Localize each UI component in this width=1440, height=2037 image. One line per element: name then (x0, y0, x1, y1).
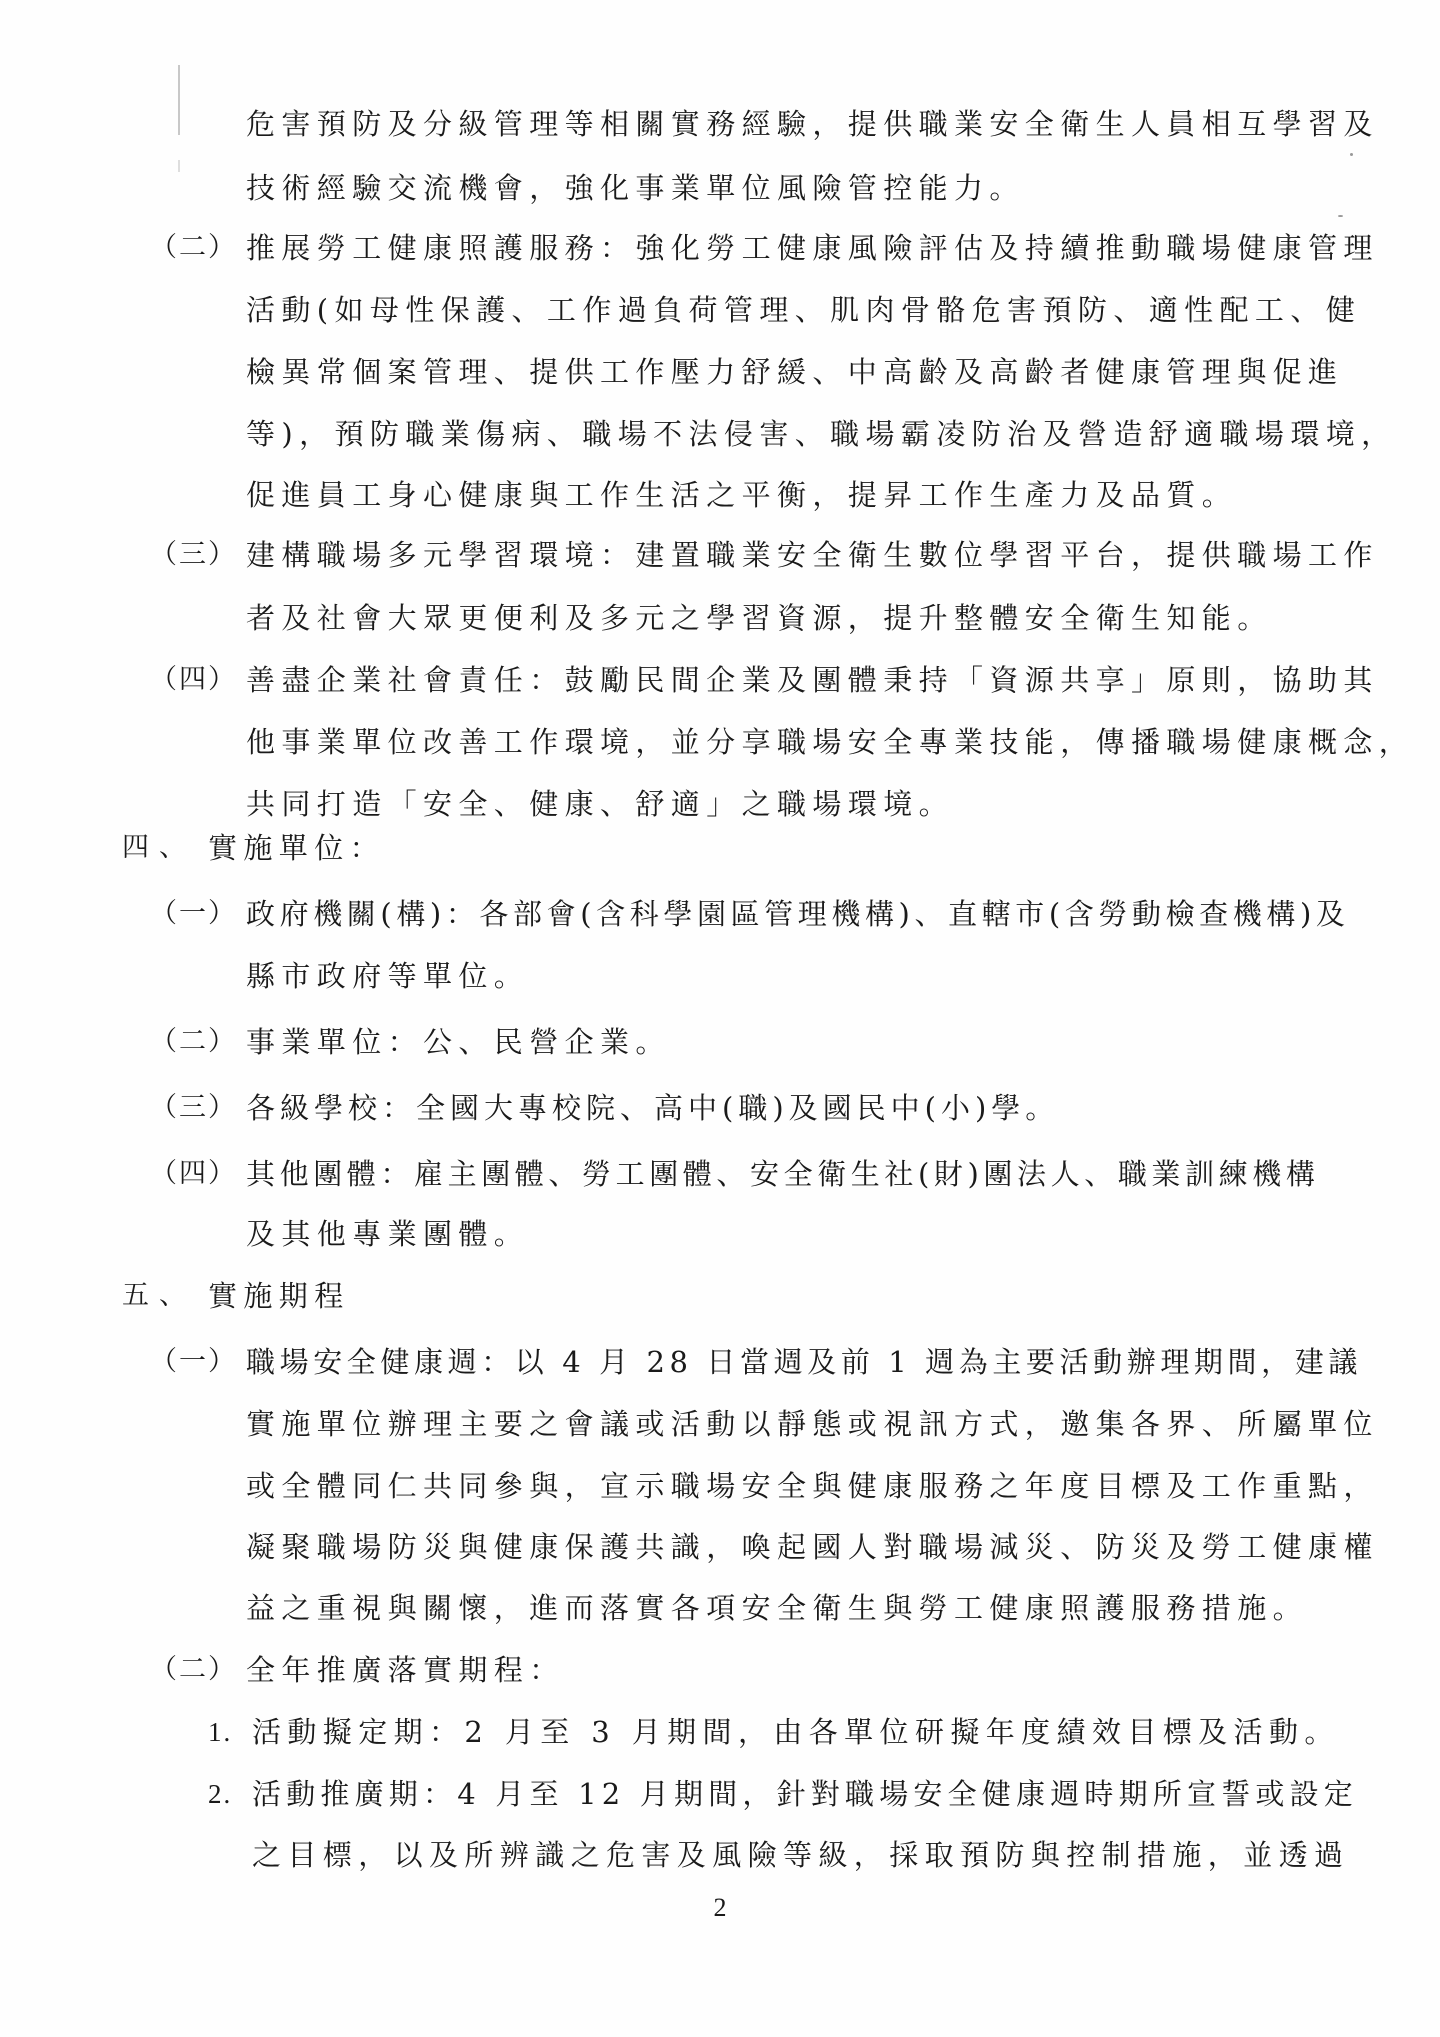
scan-artifact-mark (178, 160, 180, 172)
item-line: 政府機關(構)：各部會(含科學園區管理機構)、直轄市(含勞動檢查機構)及 (246, 894, 1350, 934)
item-marker: （四） (150, 660, 237, 700)
item-marker: （三） (150, 535, 237, 575)
item-line: 縣市政府等單位。 (246, 956, 529, 996)
item-line: 實施單位辦理主要之會議或活動以靜態或視訊方式，邀集各界、所屬單位 (246, 1404, 1379, 1444)
item-line: 善盡企業社會責任：鼓勵民間企業及團體秉持「資源共享」原則，協助其 (246, 660, 1379, 700)
item-marker: （二） (150, 1650, 237, 1690)
item-line: 職場安全健康週：以 4 月 28 日當週及前 1 週為主要活動辦理期間，建議 (246, 1342, 1362, 1382)
section-heading: 實施單位： (208, 828, 385, 868)
item-marker: （二） (150, 228, 237, 268)
item-line: 活動(如母性保護、工作過負荷管理、肌肉骨骼危害預防、適性配工、健 (246, 290, 1361, 330)
item-line: 全年推廣落實期程： (246, 1650, 565, 1690)
section-marker: 五、 (122, 1276, 196, 1316)
scan-speck (1350, 153, 1353, 156)
item-line: 共同打造「安全、健康、舒適」之職場環境。 (246, 784, 954, 824)
item-line: 各級學校：全國大專校院、高中(職)及國民中(小)學。 (246, 1088, 1059, 1128)
item-line: 推展勞工健康照護服務：強化勞工健康風險評估及持續推動職場健康管理 (246, 228, 1379, 268)
item-line: 益之重視與關懷，進而落實各項安全衛生與勞工健康照護服務措施。 (246, 1588, 1308, 1628)
item-line: 事業單位：公、民營企業。 (246, 1022, 671, 1062)
item-line: 檢異常個案管理、提供工作壓力舒緩、中高齡及高齡者健康管理與促進 (246, 352, 1343, 392)
item-marker: （一） (150, 894, 237, 934)
scan-artifact-mark (178, 65, 180, 135)
item-line: 他事業單位改善工作環境，並分享職場安全專業技能，傳播職場健康概念， (246, 722, 1414, 762)
paragraph-line: 技術經驗交流機會，強化事業單位風險管控能力。 (246, 168, 1025, 208)
subitem-line: 活動推廣期：4 月至 12 月期間，針對職場安全健康週時期所宣誓或設定 (252, 1774, 1358, 1814)
item-line: 等)，預防職業傷病、職場不法侵害、職場霸凌防治及營造舒適職場環境， (246, 414, 1397, 454)
item-line: 建構職場多元學習環境：建置職業安全衛生數位學習平台，提供職場工作 (246, 535, 1379, 575)
item-line: 或全體同仁共同參與，宣示職場安全與健康服務之年度目標及工作重點， (246, 1466, 1379, 1506)
subitem-line: 活動擬定期：2 月至 3 月期間，由各單位研擬年度績效目標及活動。 (252, 1712, 1340, 1752)
paragraph-line: 危害預防及分級管理等相關實務經驗，提供職業安全衛生人員相互學習及 (246, 104, 1379, 144)
item-marker: （四） (150, 1154, 237, 1194)
item-marker: （三） (150, 1088, 237, 1128)
item-marker: （二） (150, 1022, 237, 1062)
section-heading: 實施期程 (208, 1276, 350, 1316)
subitem-line: 之目標，以及所辨識之危害及風險等級，採取預防與控制措施，並透過 (252, 1835, 1349, 1875)
item-line: 其他團體：雇主團體、勞工團體、安全衛生社(財)團法人、職業訓練機構 (246, 1154, 1319, 1194)
section-marker: 四、 (122, 828, 196, 868)
item-line: 促進員工身心健康與工作生活之平衡，提昇工作生產力及品質。 (246, 475, 1237, 515)
scan-speck (1338, 215, 1343, 217)
document-page: 危害預防及分級管理等相關實務經驗，提供職業安全衛生人員相互學習及 技術經驗交流機… (0, 0, 1440, 2037)
item-line: 者及社會大眾更便利及多元之學習資源，提升整體安全衛生知能。 (246, 598, 1273, 638)
item-line: 凝聚職場防災與健康保護共識，喚起國人對職場減災、防災及勞工健康權 (246, 1527, 1379, 1567)
page-number: 2 (0, 1893, 1440, 1923)
item-line: 及其他專業團體。 (246, 1214, 529, 1254)
subitem-marker: 1. (208, 1712, 232, 1752)
item-marker: （一） (150, 1342, 237, 1382)
subitem-marker: 2. (208, 1774, 232, 1814)
